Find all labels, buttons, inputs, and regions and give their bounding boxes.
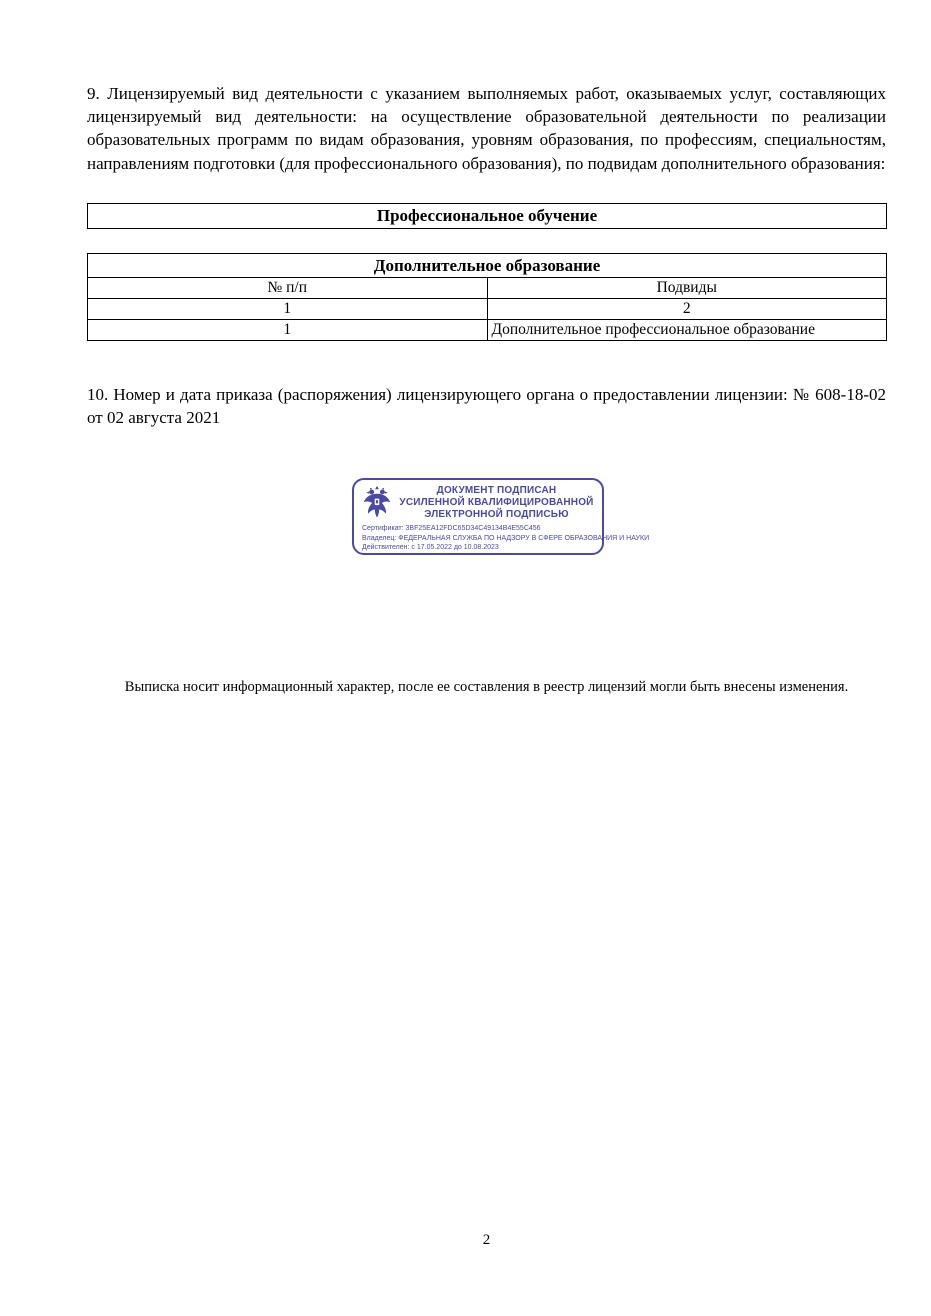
row-subtype-name: Дополнительное профессиональное образова… [487, 320, 887, 341]
document-page: 9. Лицензируемый вид деятельности с указ… [0, 0, 931, 1316]
paragraph-9: 9. Лицензируемый вид деятельности с указ… [87, 82, 886, 175]
signature-stamp: ДОКУМЕНТ ПОДПИСАН УСИЛЕННОЙ КВАЛИФИЦИРОВ… [352, 478, 604, 555]
professional-training-title: Профессиональное обучение [88, 204, 887, 229]
paragraph-10: 10. Номер и дата приказа (распоряжения) … [87, 383, 886, 429]
stamp-title-line2: УСИЛЕННОЙ КВАЛИФИЦИРОВАННОЙ [399, 497, 594, 509]
stamp-header: ДОКУМЕНТ ПОДПИСАН УСИЛЕННОЙ КВАЛИФИЦИРОВ… [362, 485, 594, 521]
page-number: 2 [87, 1232, 886, 1249]
column-index-2: 2 [487, 299, 887, 320]
stamp-details: Сертификат: 3BF25EA12FDC65D34C49134B4E55… [362, 524, 594, 553]
stamp-owner: Владелец: ФЕДЕРАЛЬНАЯ СЛУЖБА ПО НАДЗОРУ … [362, 534, 594, 544]
column-header-number: № п/п [88, 278, 488, 299]
column-index-1: 1 [88, 299, 488, 320]
table-header-row: № п/п Подвиды [88, 278, 887, 299]
table-row: Профессиональное обучение [88, 204, 887, 229]
table-row: 1 Дополнительное профессиональное образо… [88, 320, 887, 341]
footer-note: Выписка носит информационный характер, п… [87, 679, 886, 696]
stamp-validity: Действителен: с 17.05.2022 до 10.08.2023 [362, 543, 594, 553]
additional-education-table: Дополнительное образование № п/п Подвиды… [87, 253, 887, 341]
table-row: Дополнительное образование [88, 254, 887, 278]
column-header-subtypes: Подвиды [487, 278, 887, 299]
stamp-title: ДОКУМЕНТ ПОДПИСАН УСИЛЕННОЙ КВАЛИФИЦИРОВ… [399, 485, 594, 521]
stamp-title-line1: ДОКУМЕНТ ПОДПИСАН [399, 485, 594, 497]
stamp-title-line3: ЭЛЕКТРОННОЙ ПОДПИСЬЮ [399, 509, 594, 521]
stamp-certificate: Сертификат: 3BF25EA12FDC65D34C49134B4E55… [362, 524, 594, 534]
russian-coat-of-arms-icon [362, 485, 392, 521]
table-row: 1 2 [88, 299, 887, 320]
professional-training-table: Профессиональное обучение [87, 203, 887, 229]
row-number: 1 [88, 320, 488, 341]
additional-education-title: Дополнительное образование [88, 254, 887, 278]
